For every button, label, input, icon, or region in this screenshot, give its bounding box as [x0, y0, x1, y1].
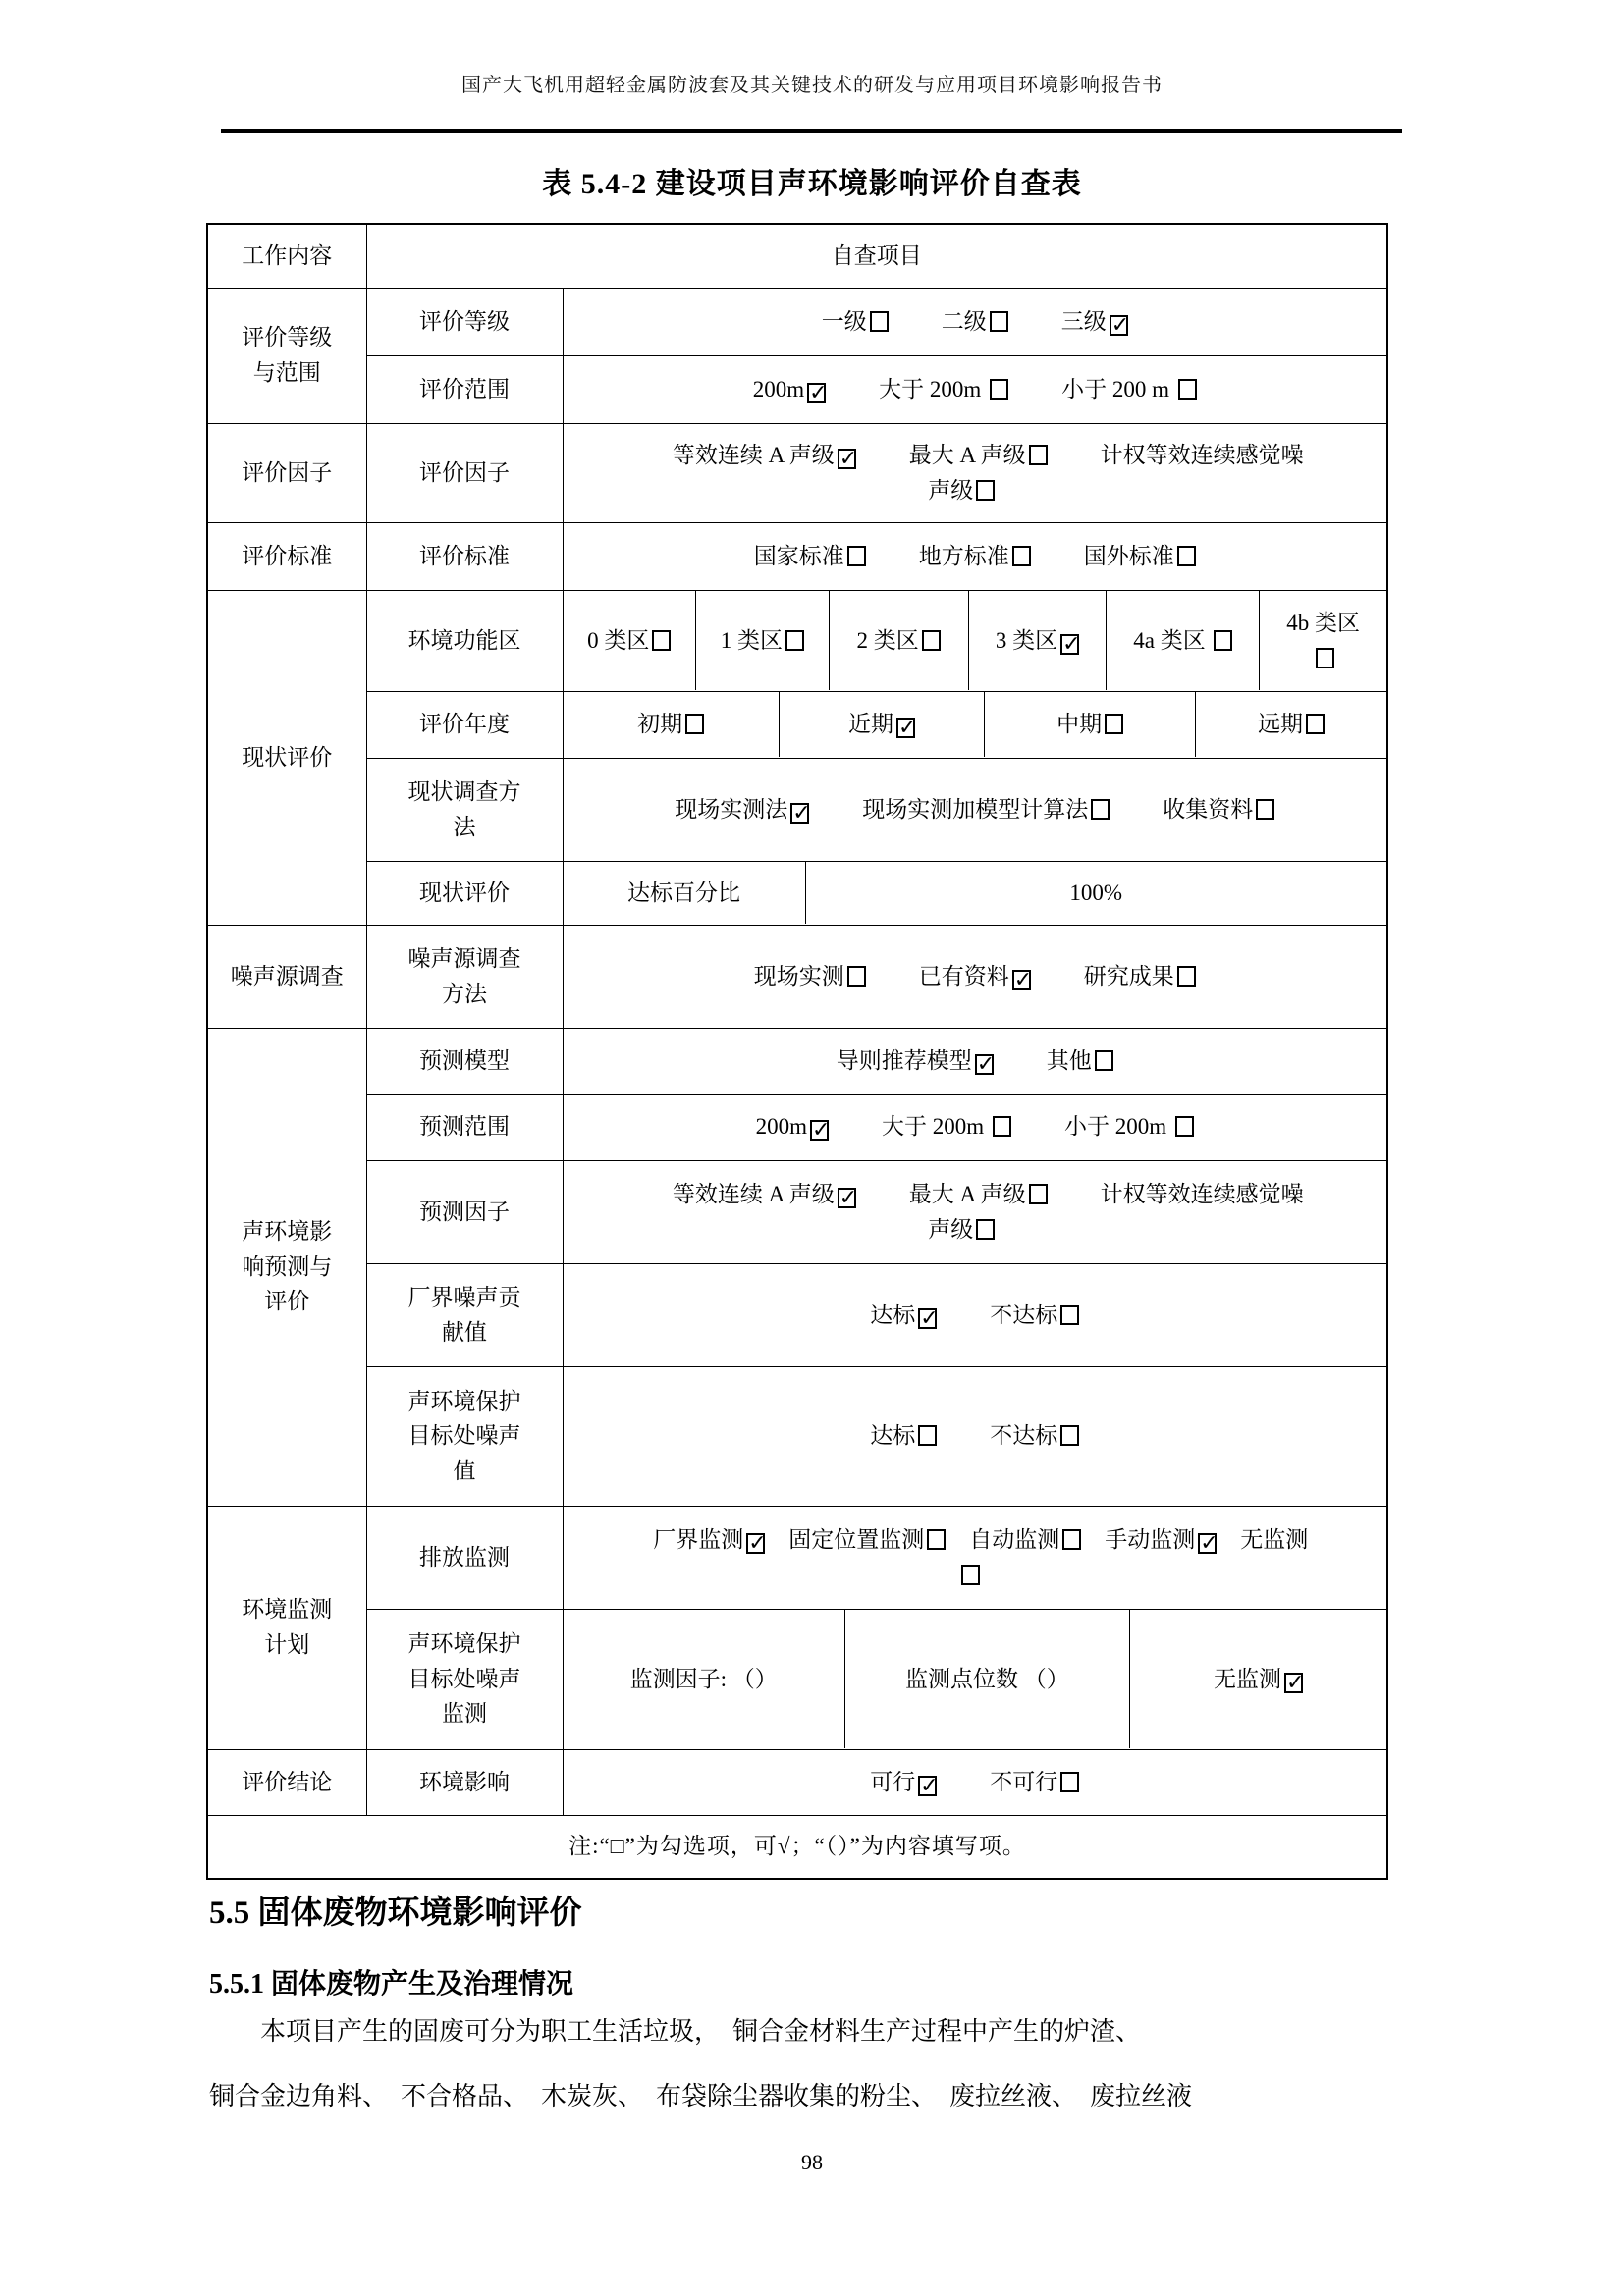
checkbox-icon [1060, 1425, 1079, 1446]
row-predict-factor: 预测因子 等效连续 A 声级✓最大 A 声级计权等效连续感觉噪声级 [207, 1160, 1387, 1263]
option-label: 现场实测法 [675, 797, 787, 822]
cell-conclusion-options: 可行✓不可行 [563, 1749, 1387, 1815]
option-label: 导则推荐模型 [837, 1048, 972, 1073]
option: 研究成果 [1084, 964, 1196, 988]
option-label: 大于 200m [879, 377, 987, 401]
zone-cell-3: 3 类区✓ [968, 591, 1107, 690]
checkbox-icon [918, 1425, 937, 1446]
year-subtable: 初期 近期✓ 中期 远期 [564, 692, 1387, 757]
cell-group-noise-source: 噪声源调查 [207, 925, 366, 1028]
header-divider-rule [221, 129, 1402, 133]
option-label: 收集资料 [1163, 797, 1253, 822]
row-predict-model: 声环境影 响预测与 评价 预测模型 导则推荐模型✓其他 [207, 1028, 1387, 1094]
option: 不达标 [990, 1303, 1079, 1327]
zone-cell-4a: 4a 类区 [1107, 591, 1260, 690]
checkbox-icon [1316, 648, 1334, 668]
option: 2 类区 [857, 628, 941, 653]
document-page: 国产大飞机用超轻金属防波套及其关键技术的研发与应用项目环境影响报告书 表 5.4… [0, 0, 1624, 2296]
checkbox-icon [990, 311, 1008, 332]
page-number: 98 [0, 2150, 1624, 2175]
table-note: 注:“□”为勾选项，可√；“（）”为内容填写项。 [207, 1815, 1387, 1879]
cell-scope-options: 200m✓大于 200m 小于 200 m [563, 355, 1387, 423]
cell-boundary-label: 厂界噪声贡 献值 [366, 1263, 563, 1366]
option: 不可行 [990, 1770, 1079, 1794]
option-label: 国外标准 [1084, 544, 1174, 568]
document-header-title: 国产大飞机用超轻金属防波套及其关键技术的研发与应用项目环境影响报告书 [0, 69, 1624, 97]
checkbox-checked-icon: ✓ [918, 1776, 937, 1796]
row-predict-scope: 预测范围 200m✓大于 200m 小于 200m [207, 1094, 1387, 1160]
checkbox-icon [922, 630, 941, 651]
paragraph-line-1: 本项目产生的固废可分为职工生活垃圾， 铜合金材料生产过程中产生的炉渣、 [209, 2012, 1413, 2052]
checkbox-checked-icon: ✓ [1012, 970, 1031, 990]
cell-work-header: 工作内容 [207, 224, 366, 288]
tmonitor-subtable: 监测因子: （） 监测点位数 （） 无监测✓ [564, 1610, 1387, 1748]
checkbox-icon [976, 480, 995, 501]
checkbox-checked-icon: ✓ [1110, 315, 1128, 336]
row-boundary-noise: 厂界噪声贡 献值 达标✓不达标 [207, 1263, 1387, 1366]
option: 国外标准 [1084, 544, 1196, 568]
status-subtable: 达标百分比 100% [564, 862, 1387, 924]
cell-pfactor-label: 预测因子 [366, 1160, 563, 1263]
option: 200m✓ [753, 377, 826, 401]
option: 大于 200m [882, 1114, 1011, 1139]
cell-model-label: 预测模型 [366, 1028, 563, 1094]
option: 4a 类区 [1133, 628, 1232, 653]
option-label: 4b 类区 [1286, 611, 1360, 635]
option-label: 2 类区 [857, 628, 919, 653]
checkbox-checked-icon: ✓ [790, 803, 809, 824]
cell-pscope-options: 200m✓大于 200m 小于 200m [563, 1094, 1387, 1160]
cell-year-label: 评价年度 [366, 691, 563, 758]
option-label: 200m [753, 377, 804, 401]
option: 0 类区 [587, 628, 671, 653]
option: 现场实测法✓ [675, 797, 809, 822]
option-label: 大于 200m [882, 1114, 990, 1139]
tmonitor-factor-cell: 监测因子: （） [564, 1610, 845, 1748]
self-check-table-wrap: 工作内容 自查项目 评价等级 与范围 评价等级 一级二级三级✓ 评价范围 200… [206, 223, 1388, 1880]
row-scope: 评价范围 200m✓大于 200m 小于 200 m [207, 355, 1387, 423]
row-eval-standard: 评价标准 评价标准 国家标准地方标准国外标准 [207, 522, 1387, 590]
option-label: 等效连续 A 声级 [673, 443, 835, 467]
cell-group-grade-scope: 评价等级 与范围 [207, 288, 366, 423]
checkbox-icon [1306, 714, 1325, 734]
option: 最大 A 声级 [909, 443, 1048, 467]
option-label: 厂界监测 [653, 1527, 743, 1552]
row-status-eval: 现状评价 达标百分比 100% [207, 861, 1387, 925]
checkbox-icon [927, 1529, 946, 1550]
checkbox-icon [1060, 1305, 1079, 1325]
option-label: 已有资料 [919, 964, 1009, 988]
cell-group-factor: 评价因子 [207, 423, 366, 522]
option: 小于 200 m [1061, 377, 1197, 401]
zone-cell-4b: 4b 类区 [1260, 591, 1386, 690]
checkbox-checked-icon: ✓ [807, 383, 826, 403]
checkbox-icon [685, 714, 704, 734]
option-label: 一级 [822, 309, 867, 334]
cell-group-conclusion: 评价结论 [207, 1749, 366, 1815]
option: 导则推荐模型✓ [837, 1048, 994, 1073]
checkbox-icon [847, 546, 866, 566]
checkbox-icon [1175, 1116, 1194, 1137]
checkbox-icon [1029, 445, 1048, 465]
option: 一级 [822, 309, 889, 334]
checkbox-icon [1177, 966, 1196, 987]
checkbox-icon [652, 630, 671, 651]
option-label: 无监测 [1240, 1527, 1308, 1552]
cell-status-eval-label: 现状评价 [366, 861, 563, 925]
cell-noise-source-label: 噪声源调查 方法 [366, 925, 563, 1028]
year-cell-mid: 中期 [985, 692, 1196, 757]
option: 自动监测 [969, 1527, 1081, 1552]
section-heading-5-5-1: 5.5.1 固体废物产生及治理情况 [209, 1962, 573, 2002]
option: 三级✓ [1061, 309, 1128, 334]
option-label: 小于 200 m [1061, 377, 1175, 401]
option: 无监测✓ [1214, 1667, 1303, 1691]
option: 二级 [942, 309, 1008, 334]
zone-cell-1: 1 类区 [695, 591, 829, 690]
checkbox-checked-icon: ✓ [746, 1533, 765, 1554]
option: 现场实测加模型计算法 [862, 797, 1110, 822]
checkbox-icon [1177, 546, 1196, 566]
checkbox-icon [961, 1565, 980, 1585]
option: 达标 [870, 1423, 937, 1448]
checkbox-checked-icon: ✓ [918, 1308, 937, 1329]
option: 已有资料✓ [919, 964, 1031, 988]
checkbox-checked-icon: ✓ [838, 1188, 856, 1208]
checkbox-icon [990, 379, 1008, 400]
status-value-cell: 100% [805, 862, 1386, 924]
cell-pscope-label: 预测范围 [366, 1094, 563, 1160]
checkbox-icon [1062, 1529, 1081, 1550]
row-survey-method: 现状调查方 法 现场实测法✓现场实测加模型计算法收集资料 [207, 758, 1387, 861]
checkbox-icon [847, 966, 866, 987]
cell-noise-source-options: 现场实测已有资料✓研究成果 [563, 925, 1387, 1028]
checkbox-checked-icon: ✓ [1284, 1673, 1303, 1693]
option-label: 不达标 [990, 1303, 1057, 1327]
table-caption: 表 5.4-2 建设项目声环境影响评价自查表 [0, 159, 1624, 202]
year-cell-early: 初期 [564, 692, 780, 757]
cell-group-standard: 评价标准 [207, 522, 366, 590]
option-label: 达标 [870, 1423, 915, 1448]
option: 小于 200m [1064, 1114, 1194, 1139]
cell-model-options: 导则推荐模型✓其他 [563, 1028, 1387, 1094]
year-cell-near: 近期✓ [779, 692, 985, 757]
cell-standard-label: 评价标准 [366, 522, 563, 590]
option-label: 等效连续 A 声级 [673, 1182, 835, 1206]
option: 厂界监测✓ [653, 1527, 765, 1552]
row-function-zone: 现状评价 环境功能区 0 类区 1 类区 2 类区 3 类区✓ 4a 类区 4 [207, 590, 1387, 691]
zone-cell-2: 2 类区 [829, 591, 968, 690]
checkbox-icon [1060, 1772, 1079, 1792]
cell-year-options: 初期 近期✓ 中期 远期 [563, 691, 1387, 758]
row-noise-source: 噪声源调查 噪声源调查 方法 现场实测已有资料✓研究成果 [207, 925, 1387, 1028]
checkbox-checked-icon: ✓ [1198, 1533, 1217, 1554]
cell-factor-label: 评价因子 [366, 423, 563, 522]
row-conclusion: 评价结论 环境影响 可行✓不可行 [207, 1749, 1387, 1815]
option-label: 研究成果 [1084, 964, 1174, 988]
cell-tmonitor-label: 声环境保护 目标处噪声 监测 [366, 1609, 563, 1749]
checkbox-icon [976, 1219, 995, 1240]
checkbox-icon [785, 630, 804, 651]
cell-group-predict: 声环境影 响预测与 评价 [207, 1028, 366, 1506]
option: 4b 类区 [1286, 611, 1360, 670]
option-label: 1 类区 [721, 628, 783, 653]
cell-group-monitor-plan: 环境监测 计划 [207, 1506, 366, 1749]
checkbox-icon [870, 311, 889, 332]
option-label: 小于 200m [1064, 1114, 1172, 1139]
cell-grade-label: 评价等级 [366, 288, 563, 355]
option: 3 类区✓ [996, 628, 1079, 653]
cell-survey-options: 现场实测法✓现场实测加模型计算法收集资料 [563, 758, 1387, 861]
option: 200m✓ [756, 1114, 829, 1139]
option-label: 手动监测 [1105, 1527, 1195, 1552]
cell-factor-options: 等效连续 A 声级✓最大 A 声级计权等效连续感觉噪声级 [563, 423, 1387, 522]
option-label: 近期 [848, 712, 893, 736]
option: 中期 [1056, 712, 1123, 736]
option-label: 初期 [637, 712, 682, 736]
cell-zone-options: 0 类区 1 类区 2 类区 3 类区✓ 4a 类区 4b 类区 [563, 590, 1387, 691]
tmonitor-points-cell: 监测点位数 （） [844, 1610, 1129, 1748]
checkbox-icon [1178, 379, 1197, 400]
option: 远期 [1258, 712, 1325, 736]
option-label: 自动监测 [969, 1527, 1059, 1552]
option-label: 现场实测 [754, 964, 844, 988]
option-label: 固定位置监测 [788, 1527, 924, 1552]
checkbox-checked-icon: ✓ [896, 718, 915, 738]
cell-group-status: 现状评价 [207, 590, 366, 925]
option-label: 无监测 [1214, 1667, 1281, 1691]
row-eval-year: 评价年度 初期 近期✓ 中期 远期 [207, 691, 1387, 758]
row-emission-monitor: 环境监测 计划 排放监测 厂界监测✓固定位置监测自动监测手动监测✓无监测 [207, 1506, 1387, 1609]
cell-emission-options: 厂界监测✓固定位置监测自动监测手动监测✓无监测 [563, 1506, 1387, 1609]
row-grade: 评价等级 与范围 评价等级 一级二级三级✓ [207, 288, 1387, 355]
paragraph-line-2: 铜合金边角料、 不合格品、 木炭灰、 布袋除尘器收集的粉尘、 废拉丝液、 废拉丝… [209, 2077, 1413, 2116]
cell-target-label: 声环境保护 目标处噪声 值 [366, 1366, 563, 1506]
checkbox-icon [1095, 1050, 1113, 1071]
checkbox-checked-icon: ✓ [838, 449, 856, 469]
checkbox-icon [1214, 630, 1232, 651]
year-cell-far: 远期 [1195, 692, 1386, 757]
option-label: 200m [756, 1114, 807, 1139]
row-note: 注:“□”为勾选项，可√；“（）”为内容填写项。 [207, 1815, 1387, 1879]
self-check-table: 工作内容 自查项目 评价等级 与范围 评价等级 一级二级三级✓ 评价范围 200… [206, 223, 1388, 1880]
option-label: 国家标准 [754, 544, 844, 568]
cell-grade-options: 一级二级三级✓ [563, 288, 1387, 355]
checkbox-icon [1091, 799, 1110, 820]
cell-tmonitor-values: 监测因子: （） 监测点位数 （） 无监测✓ [563, 1609, 1387, 1749]
option-label: 现场实测加模型计算法 [862, 797, 1088, 822]
cell-standard-options: 国家标准地方标准国外标准 [563, 522, 1387, 590]
option: 国家标准 [754, 544, 866, 568]
option: 地方标准 [919, 544, 1031, 568]
cell-zone-label: 环境功能区 [366, 590, 563, 691]
zone-cell-0: 0 类区 [564, 591, 696, 690]
option-label: 达标 [870, 1303, 915, 1327]
option: 不达标 [990, 1423, 1079, 1448]
row-work-content: 工作内容 自查项目 [207, 224, 1387, 288]
cell-survey-label: 现状调查方 法 [366, 758, 563, 861]
option-label: 3 类区 [996, 628, 1057, 653]
row-target-noise-value: 声环境保护 目标处噪声 值 达标不达标 [207, 1366, 1387, 1506]
option: 最大 A 声级 [909, 1182, 1048, 1206]
cell-target-options: 达标不达标 [563, 1366, 1387, 1506]
option-label: 二级 [942, 309, 987, 334]
option-label: 不可行 [990, 1770, 1057, 1794]
cell-conclusion-label: 环境影响 [366, 1749, 563, 1815]
checkbox-checked-icon: ✓ [975, 1054, 994, 1075]
option: 手动监测✓ [1105, 1527, 1217, 1552]
option: 达标✓ [870, 1303, 937, 1327]
row-eval-factor: 评价因子 评价因子 等效连续 A 声级✓最大 A 声级计权等效连续感觉噪声级 [207, 423, 1387, 522]
cell-pfactor-options: 等效连续 A 声级✓最大 A 声级计权等效连续感觉噪声级 [563, 1160, 1387, 1263]
option: 现场实测 [754, 964, 866, 988]
body-paragraph: 本项目产生的固废可分为职工生活垃圾， 铜合金材料生产过程中产生的炉渣、 铜合金边… [209, 2012, 1413, 2116]
option-label: 4a 类区 [1133, 628, 1211, 653]
option: 可行✓ [870, 1770, 937, 1794]
section-heading-5-5: 5.5 固体废物环境影响评价 [209, 1887, 582, 1933]
option-label: 其他 [1047, 1048, 1092, 1073]
option: 初期 [637, 712, 704, 736]
option-label: 三级 [1061, 309, 1107, 334]
checkbox-icon [1105, 714, 1123, 734]
row-target-noise-monitor: 声环境保护 目标处噪声 监测 监测因子: （） 监测点位数 （） 无监测✓ [207, 1609, 1387, 1749]
option: 收集资料 [1163, 797, 1274, 822]
option-label: 最大 A 声级 [909, 1182, 1026, 1206]
option: 1 类区 [721, 628, 804, 653]
checkbox-icon [1256, 799, 1274, 820]
cell-scope-label: 评价范围 [366, 355, 563, 423]
option: 其他 [1047, 1048, 1113, 1073]
checkbox-icon [993, 1116, 1011, 1137]
checkbox-checked-icon: ✓ [810, 1120, 829, 1141]
option-label: 不达标 [990, 1423, 1057, 1448]
option-label: 最大 A 声级 [909, 443, 1026, 467]
cell-emission-label: 排放监测 [366, 1506, 563, 1609]
option-label: 地方标准 [919, 544, 1009, 568]
checkbox-icon [1029, 1184, 1048, 1204]
option: 近期✓ [848, 712, 915, 736]
option-label: 远期 [1258, 712, 1303, 736]
checkbox-icon [1012, 546, 1031, 566]
cell-status-eval-value: 达标百分比 100% [563, 861, 1387, 925]
tmonitor-none-cell: 无监测✓ [1129, 1610, 1386, 1748]
option: 等效连续 A 声级✓ [673, 443, 856, 467]
checkbox-checked-icon: ✓ [1060, 634, 1079, 655]
option: 大于 200m [879, 377, 1008, 401]
option-label: 0 类区 [587, 628, 649, 653]
zone-subtable: 0 类区 1 类区 2 类区 3 类区✓ 4a 类区 4b 类区 [564, 591, 1387, 690]
cell-boundary-options: 达标✓不达标 [563, 1263, 1387, 1366]
option: 固定位置监测 [788, 1527, 946, 1552]
option: 等效连续 A 声级✓ [673, 1182, 856, 1206]
option-label: 中期 [1056, 712, 1102, 736]
option-label: 可行 [870, 1770, 915, 1794]
cell-self-check-header: 自查项目 [366, 224, 1387, 288]
status-metric-cell: 达标百分比 [564, 862, 806, 924]
